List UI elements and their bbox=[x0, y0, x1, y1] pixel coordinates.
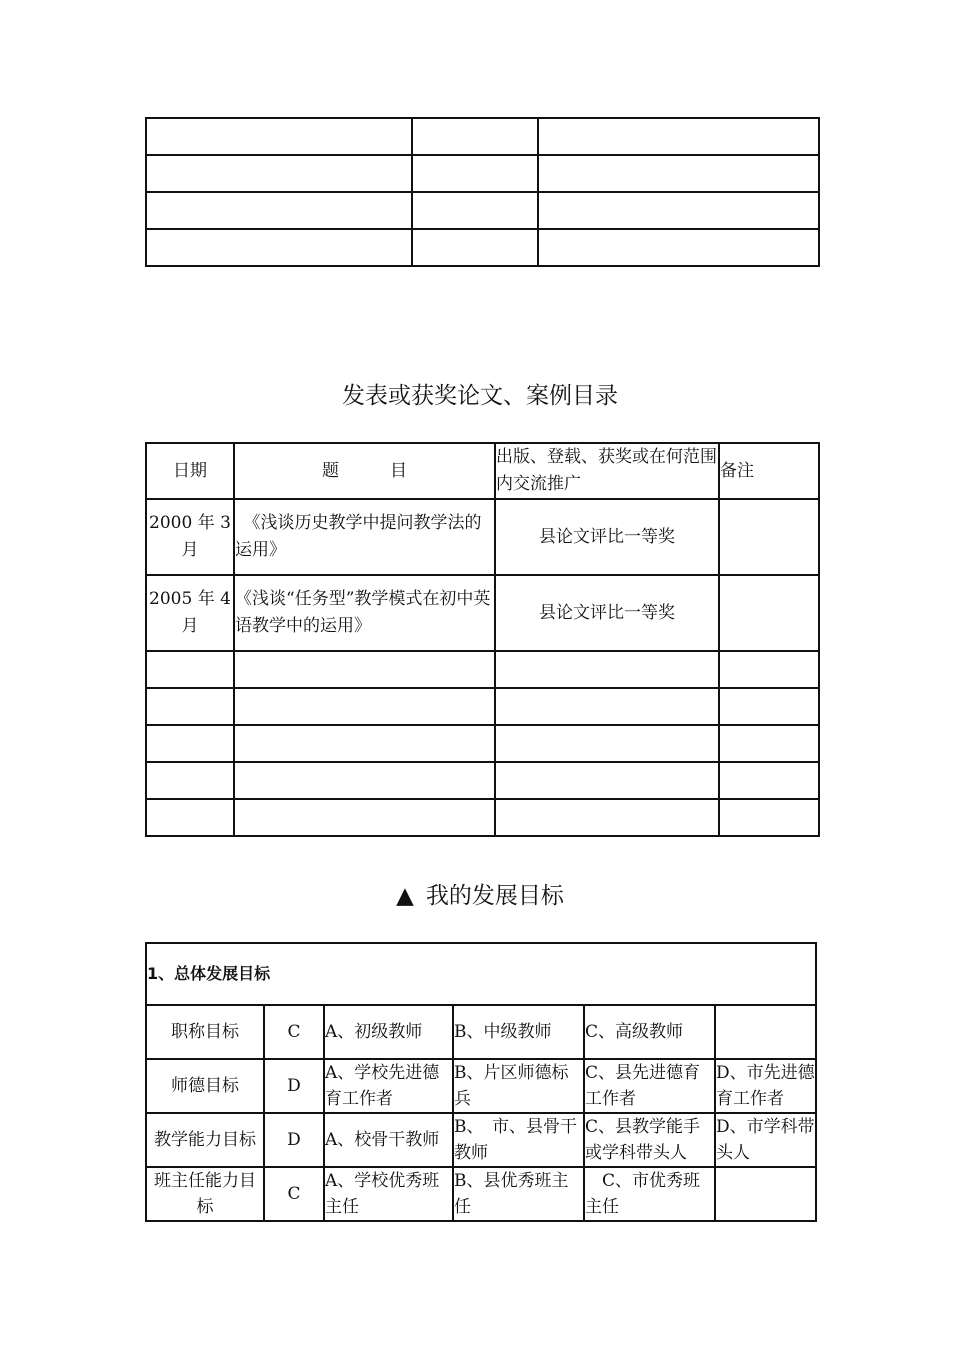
goals-table: 1、总体发展目标 职称目标 C A、初级教师 B、中级教师 C、高级教师 师德目… bbox=[145, 942, 817, 1222]
table-cell bbox=[412, 118, 538, 155]
goal-choice: D bbox=[264, 1059, 324, 1113]
table-row: 2000 年 3 月 《浅谈历史教学中提问教学法的运用》 县论文评比一等奖 bbox=[146, 499, 819, 575]
table-cell bbox=[495, 651, 719, 688]
goal-option: A、初级教师 bbox=[324, 1005, 453, 1059]
goal-choice: C bbox=[264, 1005, 324, 1059]
table-row-empty bbox=[146, 688, 819, 725]
goal-label: 职称目标 bbox=[146, 1005, 264, 1059]
goal-option bbox=[715, 1005, 816, 1059]
goal-row: 职称目标 C A、初级教师 B、中级教师 C、高级教师 bbox=[146, 1005, 816, 1059]
table-cell bbox=[146, 118, 412, 155]
table-cell bbox=[719, 762, 819, 799]
table-cell bbox=[538, 118, 819, 155]
table-cell bbox=[234, 651, 495, 688]
table-cell bbox=[234, 688, 495, 725]
table-row-empty bbox=[146, 725, 819, 762]
table-cell bbox=[719, 725, 819, 762]
table-cell bbox=[719, 688, 819, 725]
goal-option: B、 市、县骨干教师 bbox=[453, 1113, 584, 1167]
goal-option: C、县先进德育工作者 bbox=[584, 1059, 715, 1113]
table-row-empty bbox=[146, 651, 819, 688]
goal-label: 教学能力目标 bbox=[146, 1113, 264, 1167]
table-cell bbox=[538, 229, 819, 266]
table-cell bbox=[234, 725, 495, 762]
table-cell bbox=[146, 688, 234, 725]
goal-option bbox=[715, 1167, 816, 1221]
cell-remarks bbox=[719, 575, 819, 651]
header-publication: 出版、登载、获奖或在何范围内交流推广 bbox=[495, 443, 719, 499]
cell-date: 2005 年 4 月 bbox=[146, 575, 234, 651]
table-cell bbox=[412, 229, 538, 266]
header-date: 日期 bbox=[146, 443, 234, 499]
top-blank-table bbox=[145, 117, 820, 267]
cell-date: 2000 年 3 月 bbox=[146, 499, 234, 575]
goal-option: D、市学科带头人 bbox=[715, 1113, 816, 1167]
table-cell bbox=[719, 799, 819, 836]
table-cell bbox=[495, 799, 719, 836]
table-cell bbox=[495, 688, 719, 725]
table-cell bbox=[538, 155, 819, 192]
table-row-empty bbox=[146, 799, 819, 836]
goal-option: B、片区师德标兵 bbox=[453, 1059, 584, 1113]
table-cell bbox=[234, 799, 495, 836]
table-row-empty bbox=[146, 762, 819, 799]
goals-section-title: ▲我的发展目标 bbox=[0, 877, 960, 910]
subsection-heading: 1、总体发展目标 bbox=[146, 943, 816, 1005]
header-remarks: 备注 bbox=[719, 443, 819, 499]
triangle-icon: ▲ bbox=[396, 883, 414, 909]
table-cell bbox=[146, 229, 412, 266]
goal-option: D、市先进德育工作者 bbox=[715, 1059, 816, 1113]
table-cell bbox=[234, 762, 495, 799]
table-cell bbox=[146, 192, 412, 229]
table-row bbox=[146, 155, 819, 192]
table-row bbox=[146, 229, 819, 266]
table-cell bbox=[146, 799, 234, 836]
goal-choice: D bbox=[264, 1113, 324, 1167]
goal-label: 班主任能力目标 bbox=[146, 1167, 264, 1221]
table-cell bbox=[146, 725, 234, 762]
subsection-row: 1、总体发展目标 bbox=[146, 943, 816, 1005]
cell-title: 《浅谈历史教学中提问教学法的运用》 bbox=[234, 499, 495, 575]
papers-table: 日期 题 目 出版、登载、获奖或在何范围内交流推广 备注 2000 年 3 月 … bbox=[145, 442, 820, 837]
table-cell bbox=[719, 651, 819, 688]
header-title: 题 目 bbox=[234, 443, 495, 499]
goal-row: 师德目标 D A、学校先进德育工作者 B、片区师德标兵 C、县先进德育工作者 D… bbox=[146, 1059, 816, 1113]
table-cell bbox=[538, 192, 819, 229]
goal-option: C、高级教师 bbox=[584, 1005, 715, 1059]
goal-choice: C bbox=[264, 1167, 324, 1221]
table-cell bbox=[495, 725, 719, 762]
cell-publication: 县论文评比一等奖 bbox=[495, 575, 719, 651]
table-cell bbox=[146, 651, 234, 688]
table-cell bbox=[412, 192, 538, 229]
table-row bbox=[146, 192, 819, 229]
goal-option: C、县教学能手或学科带头人 bbox=[584, 1113, 715, 1167]
goal-row: 教学能力目标 D A、校骨干教师 B、 市、县骨干教师 C、县教学能手或学科带头… bbox=[146, 1113, 816, 1167]
table-row bbox=[146, 118, 819, 155]
goal-label: 师德目标 bbox=[146, 1059, 264, 1113]
goal-option: A、校骨干教师 bbox=[324, 1113, 453, 1167]
table-cell bbox=[146, 762, 234, 799]
table-cell bbox=[412, 155, 538, 192]
goals-title-text: 我的发展目标 bbox=[426, 883, 564, 909]
cell-title: 《浅谈“任务型”教学模式在初中英语教学中的运用》 bbox=[234, 575, 495, 651]
goal-option: A、学校先进德育工作者 bbox=[324, 1059, 453, 1113]
cell-publication: 县论文评比一等奖 bbox=[495, 499, 719, 575]
goal-option: B、中级教师 bbox=[453, 1005, 584, 1059]
papers-section-title: 发表或获奖论文、案例目录 bbox=[0, 377, 960, 410]
goal-option: A、学校优秀班主任 bbox=[324, 1167, 453, 1221]
cell-remarks bbox=[719, 499, 819, 575]
table-header-row: 日期 题 目 出版、登载、获奖或在何范围内交流推广 备注 bbox=[146, 443, 819, 499]
goal-row: 班主任能力目标 C A、学校优秀班主任 B、县优秀班主任 C、市优秀班主任 bbox=[146, 1167, 816, 1221]
table-row: 2005 年 4 月 《浅谈“任务型”教学模式在初中英语教学中的运用》 县论文评… bbox=[146, 575, 819, 651]
table-cell bbox=[495, 762, 719, 799]
table-cell bbox=[146, 155, 412, 192]
goal-option: B、县优秀班主任 bbox=[453, 1167, 584, 1221]
goal-option: C、市优秀班主任 bbox=[584, 1167, 715, 1221]
